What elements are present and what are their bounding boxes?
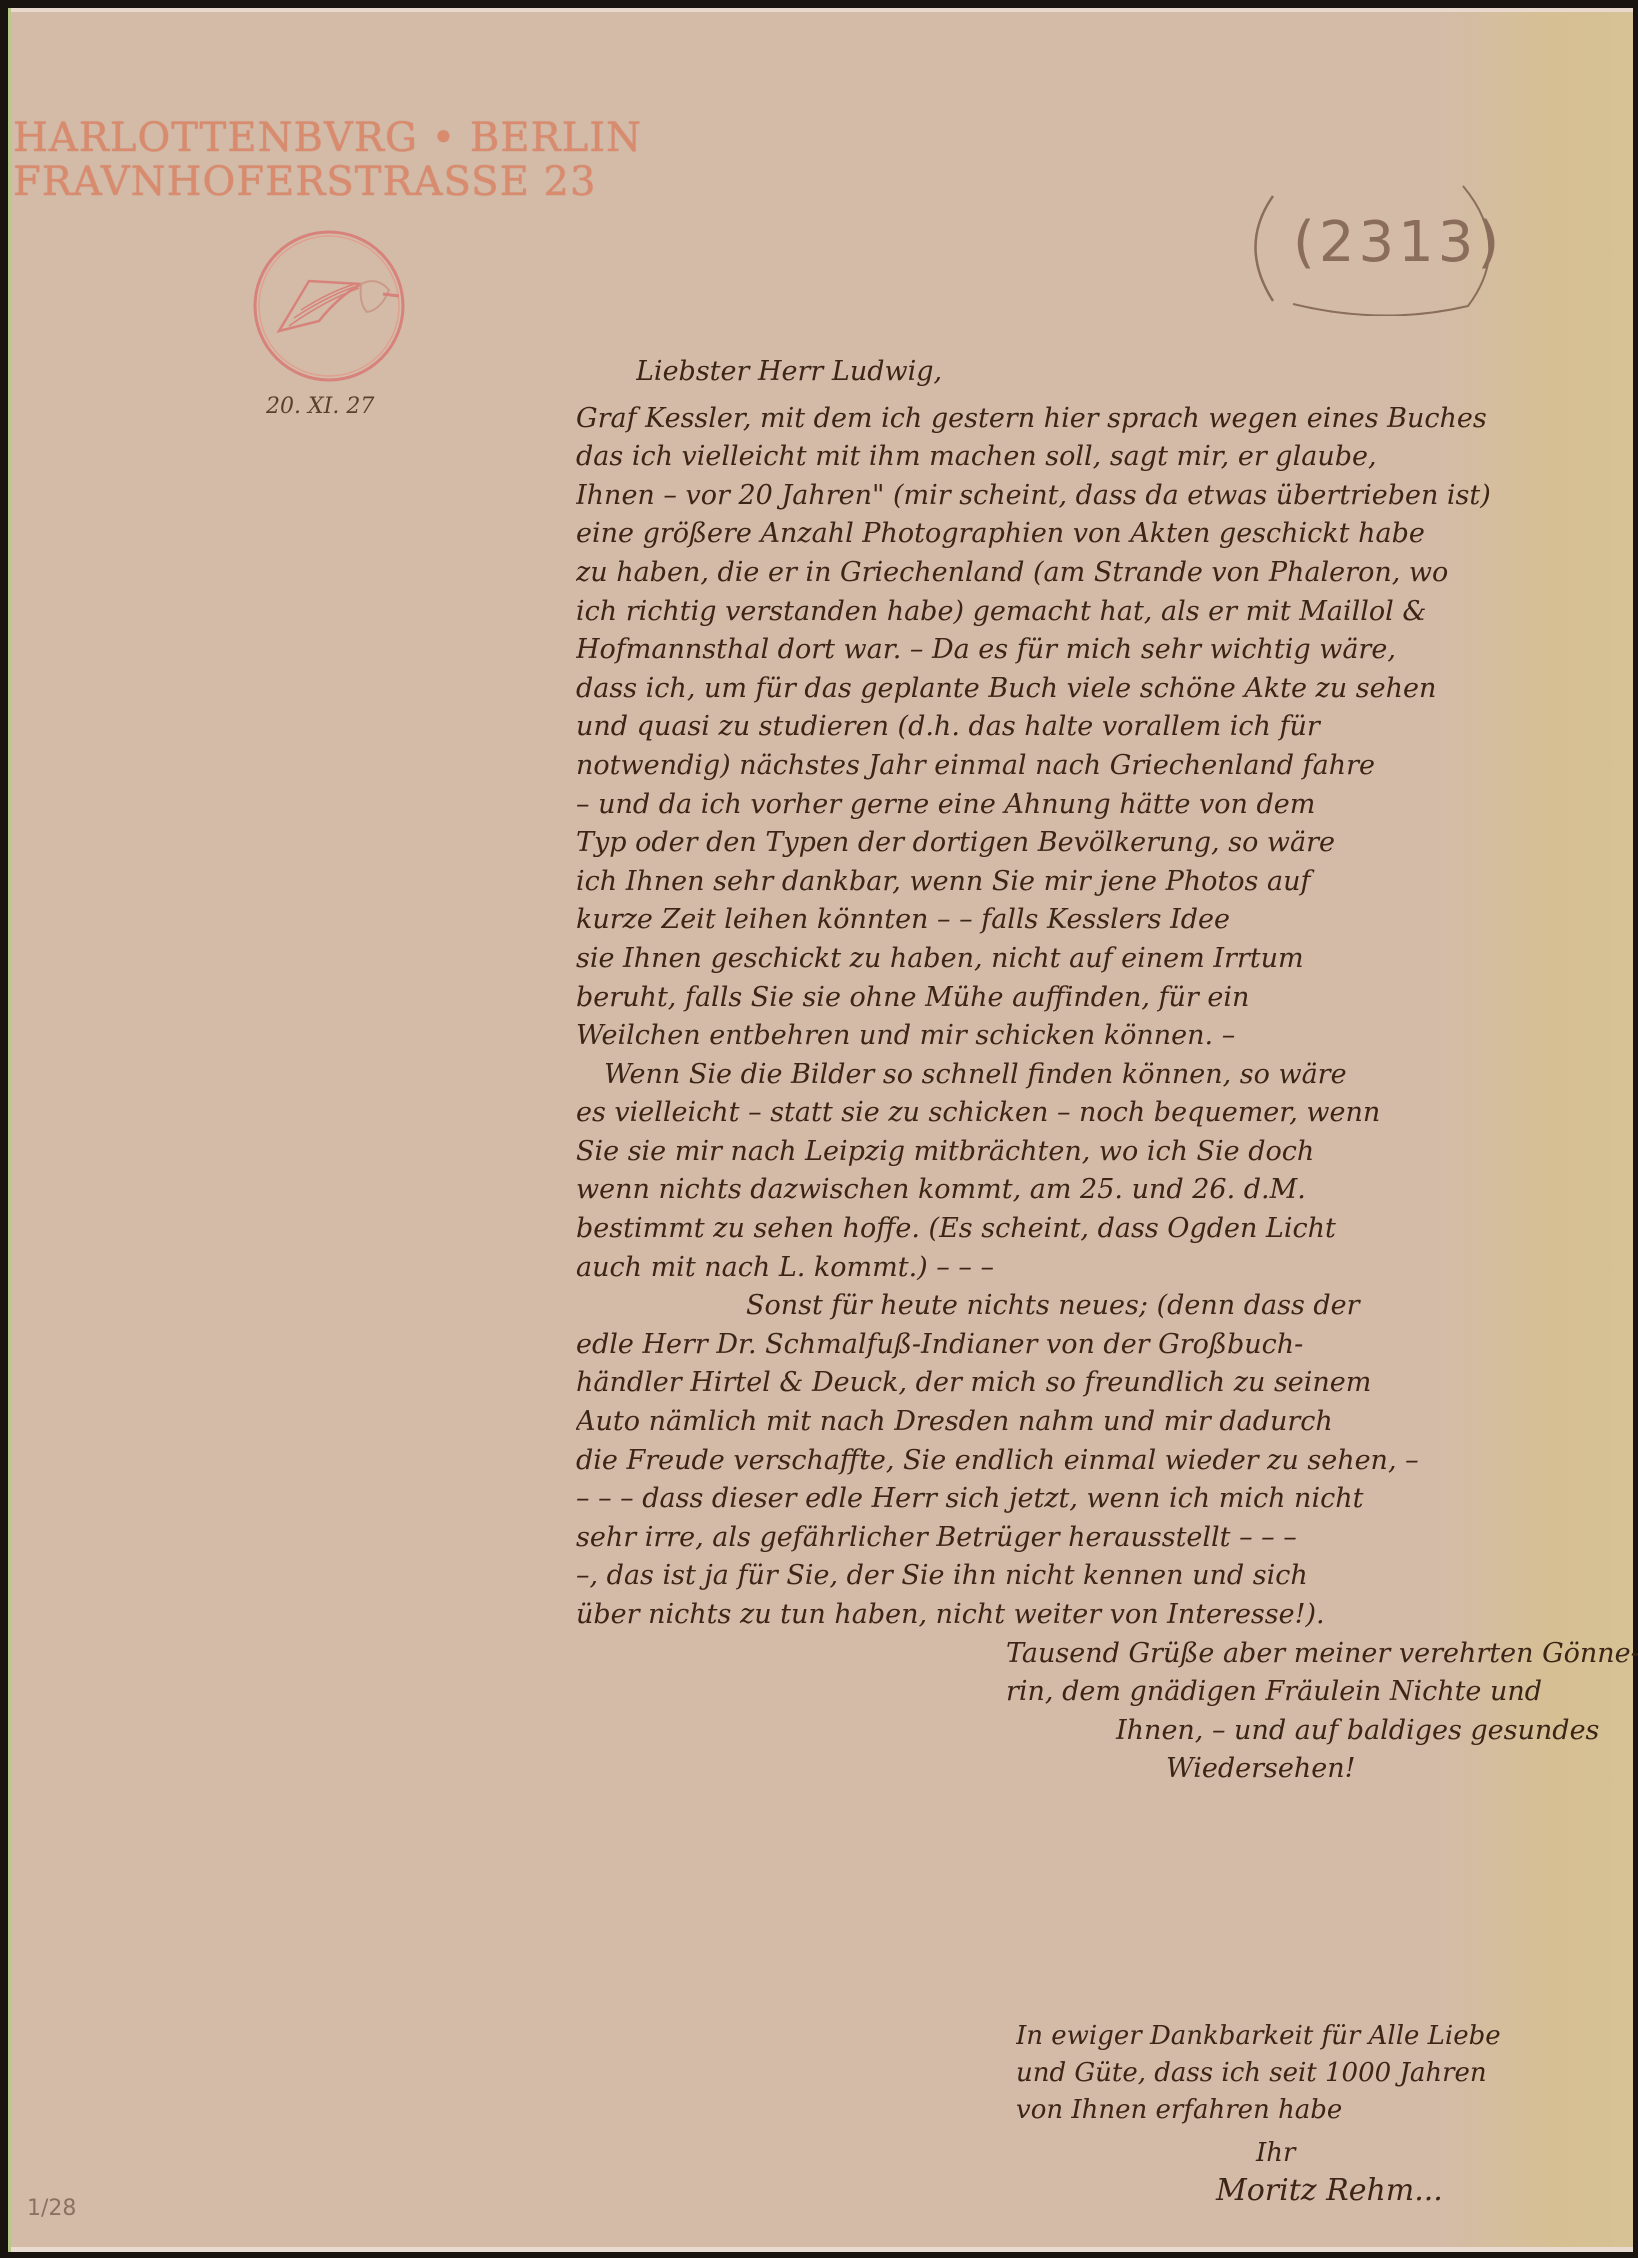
letter-line: das ich vielleicht mit ihm machen soll, … [576, 438, 1638, 477]
letter-line: – und da ich vorher gerne eine Ahnung hä… [576, 786, 1638, 825]
letter-date: 20. XI. 27 [266, 394, 374, 419]
letter-line: Auto nämlich mit nach Dresden nahm und m… [576, 1403, 1638, 1442]
greeting-line: Ihnen, – und auf baldiges gesundes [576, 1712, 1638, 1751]
letter-line: Wenn Sie die Bilder so schnell finden kö… [576, 1056, 1638, 1095]
closing-text: In ewiger Dankbarkeit für Alle Liebeund … [1016, 2018, 1638, 2129]
page-edge-bottom [11, 2247, 1633, 2252]
letter-closing: In ewiger Dankbarkeit für Alle Liebeund … [1016, 2018, 1638, 2209]
letter-line: sehr irre, als gefährlicher Betrüger her… [576, 1519, 1638, 1558]
letter-line: es vielleicht – statt sie zu schicken – … [576, 1094, 1638, 1133]
letter-line: wenn nichts dazwischen kommt, am 25. und… [576, 1171, 1638, 1210]
signature: Moritz Rehm... [1016, 2172, 1638, 2209]
letter-body: Liebster Herr Ludwig, Graf Kessler, mit … [576, 353, 1638, 1789]
greeting-line: Wiedersehen! [576, 1750, 1638, 1789]
letter-page: HARLOTTENBVRG • BERLIN FRAVNHOFERSTRASSE… [8, 8, 1633, 2252]
closing-line: von Ihnen erfahren habe [1016, 2092, 1638, 2129]
letter-line: Sie sie mir nach Leipzig mitbrächten, wo… [576, 1133, 1638, 1172]
folio-mark: 1/28 [27, 2196, 76, 2221]
letter-line: Weilchen entbehren und mir schicken könn… [576, 1017, 1638, 1056]
letter-line: ich richtig verstanden habe) gemacht hat… [576, 593, 1638, 632]
letter-line: ich Ihnen sehr dankbar, wenn Sie mir jen… [576, 863, 1638, 902]
letter-line: –, das ist ja für Sie, der Sie ihn nicht… [576, 1557, 1638, 1596]
letter-line: notwendig) nächstes Jahr einmal nach Gri… [576, 747, 1638, 786]
letter-line: zu haben, die er in Griechenland (am Str… [576, 554, 1638, 593]
letter-line: – – – dass dieser edle Herr sich jetzt, … [576, 1480, 1638, 1519]
letter-text: Graf Kessler, mit dem ich gestern hier s… [576, 400, 1638, 1635]
letter-line: auch mit nach L. kommt.) – – – [576, 1249, 1638, 1288]
letter-line: edle Herr Dr. Schmalfuß-Indianer von der… [576, 1326, 1638, 1365]
letter-line: Typ oder den Typen der dortigen Bevölker… [576, 824, 1638, 863]
archive-number: (2313) [1293, 210, 1503, 275]
letter-line: über nichts zu tun haben, nicht weiter v… [576, 1596, 1638, 1635]
letterhead-line-1: HARLOTTENBVRG • BERLIN [13, 116, 642, 160]
greeting-line: rin, dem gnädigen Fräulein Nichte und [576, 1673, 1638, 1712]
letter-line: und quasi zu studieren (d.h. das halte v… [576, 708, 1638, 747]
letter-line: Hofmannsthal dort war. – Da es für mich … [576, 631, 1638, 670]
letter-line: eine größere Anzahl Photographien von Ak… [576, 515, 1638, 554]
letter-line: beruht, falls Sie sie ohne Mühe auffinde… [576, 979, 1638, 1018]
letter-line: Graf Kessler, mit dem ich gestern hier s… [576, 400, 1638, 439]
letter-line: bestimmt zu sehen hoffe. (Es scheint, da… [576, 1210, 1638, 1249]
letterhead: HARLOTTENBVRG • BERLIN FRAVNHOFERSTRASSE… [13, 116, 642, 204]
closing-line: In ewiger Dankbarkeit für Alle Liebe [1016, 2018, 1638, 2055]
letter-line: dass ich, um für das geplante Buch viele… [576, 670, 1638, 709]
valediction: Ihr [1016, 2135, 1638, 2172]
letter-line: sie Ihnen geschickt zu haben, nicht auf … [576, 940, 1638, 979]
letter-line: Sonst für heute nichts neues; (denn dass… [576, 1287, 1638, 1326]
letter-line: kurze Zeit leihen könnten – – falls Kess… [576, 901, 1638, 940]
letter-line: Ihnen – vor 20 Jahren" (mir scheint, das… [576, 477, 1638, 516]
letterhead-line-2: FRAVNHOFERSTRASSE 23 [13, 160, 642, 204]
winged-circle-emblem-icon [249, 226, 409, 386]
letter-line: händler Hirtel & Deuck, der mich so freu… [576, 1364, 1638, 1403]
archive-number-stamp: (2313) [1233, 176, 1513, 316]
salutation: Liebster Herr Ludwig, [636, 353, 1638, 392]
letter-line: die Freude verschaffte, Sie endlich einm… [576, 1442, 1638, 1481]
closing-line: und Güte, dass ich seit 1000 Jahren [1016, 2055, 1638, 2092]
page-edge-top [11, 8, 1633, 12]
greeting-line: Tausend Grüße aber meiner verehrten Gönn… [576, 1635, 1638, 1674]
letter-greeting: Tausend Grüße aber meiner verehrten Gönn… [576, 1635, 1638, 1789]
